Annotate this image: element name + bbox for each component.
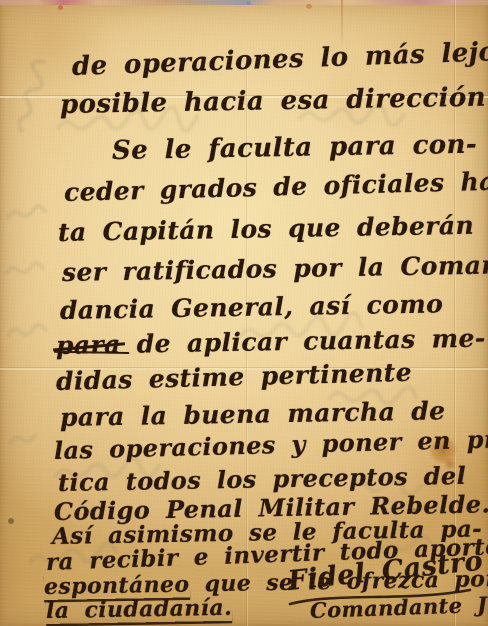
torn-top-edge <box>0 0 488 5</box>
letter-scan: de operaciones lo más lejosposible hacia… <box>0 0 488 626</box>
manuscript-line: posible hacia esa dirección. <box>60 82 488 120</box>
manuscript-line: didas estime pertinente <box>56 358 413 396</box>
manuscript-line: de operaciones lo más lejos <box>71 37 488 82</box>
struck-word: para <box>56 330 121 360</box>
manuscript-line: ser ratificados por la Coman- <box>62 250 488 287</box>
word-run: de operaciones lo más lejos <box>71 37 488 82</box>
dark-speck <box>8 518 14 524</box>
word-run: posible hacia esa dirección. <box>60 82 488 120</box>
word-run: ceder grados de oficiales has- <box>64 166 488 207</box>
word-run: ser ratificados por la Coman- <box>62 250 488 287</box>
word-run: de aplicar cuantas me- <box>120 324 485 359</box>
signature-title: Comandante Jefe. <box>310 590 488 623</box>
manuscript-line: ta Capitán los que deberán <box>58 211 475 247</box>
manuscript-line: la ciudadanía. <box>46 595 233 624</box>
manuscript-line: para de aplicar cuantas me- <box>56 324 486 360</box>
word-run: didas estime pertinente <box>56 358 413 396</box>
underlined-word: la ciudadanía. <box>46 595 233 624</box>
red-speck <box>58 5 63 10</box>
word-run: ta Capitán los que deberán <box>58 211 475 247</box>
manuscript-line: dancia General, así como <box>60 289 444 325</box>
word-run: dancia General, así como <box>60 289 444 325</box>
word-run: Se le faculta para con- <box>112 130 478 166</box>
manuscript-line: ceder grados de oficiales has- <box>64 166 488 207</box>
manuscript-line: Se le faculta para con- <box>112 130 478 166</box>
